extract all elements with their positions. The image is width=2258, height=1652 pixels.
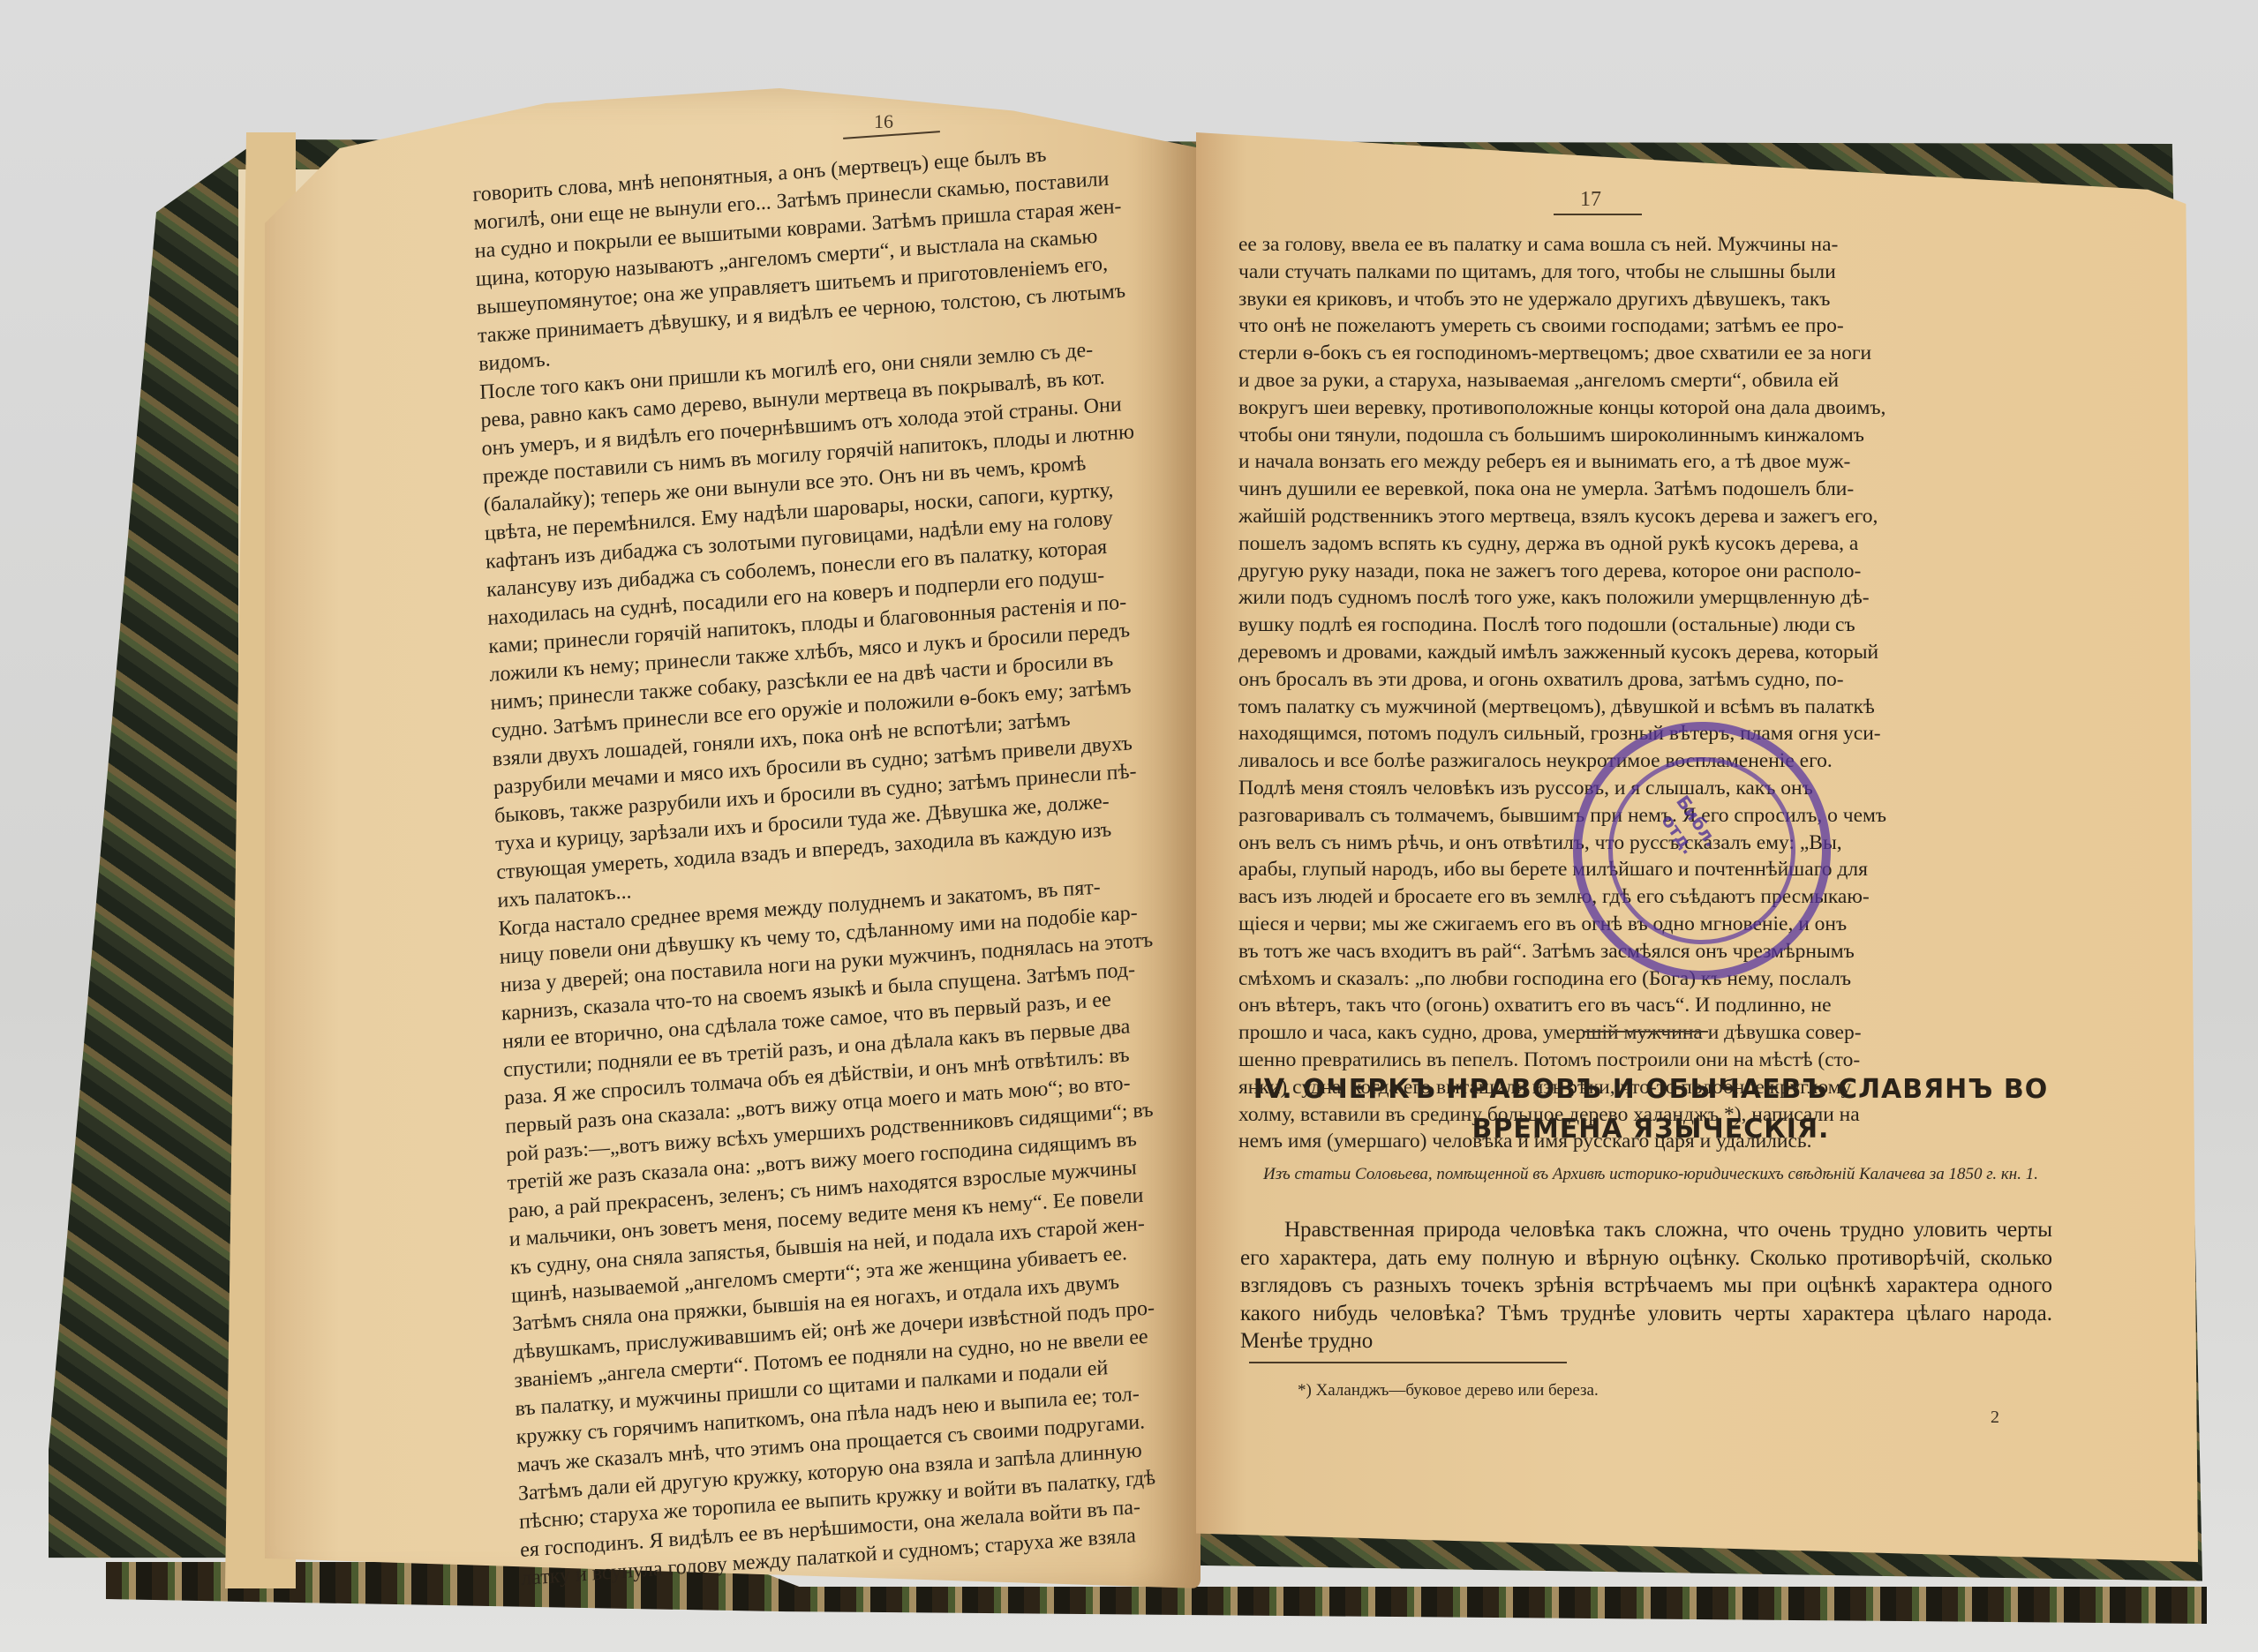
section-intro: Нравственная природа человѣка такъ сложн… — [1240, 1216, 2052, 1355]
text-line: онъ вѣтеръ, такъ что (огонь) охватитъ ег… — [1238, 992, 2059, 1019]
text-line: прошло и часа, какъ судно, дрова, умерші… — [1238, 1019, 2059, 1047]
right-header-rule — [1554, 214, 1642, 215]
text-line: деревомъ и дровами, каждый имѣлъ зажженн… — [1238, 639, 2059, 666]
text-line: звуки ея криковъ, и чтобъ это не удержал… — [1238, 286, 2059, 313]
text-line: жайшій родственникъ этого мертвеца, взял… — [1238, 503, 2059, 530]
section-intro-paragraph: Нравственная природа человѣка такъ сложн… — [1240, 1216, 2052, 1355]
signature-mark: 2 — [1991, 1408, 1999, 1428]
text-line: томъ палатку съ мужчиной (мертвецомъ), д… — [1238, 694, 2059, 721]
text-line: стерли ѳ-бокъ съ ея господиномъ-мертвецо… — [1238, 340, 2059, 367]
text-line: другую руку назади, пока не зажегъ того … — [1238, 558, 2059, 585]
text-line: чтобы они тянули, подошла съ большимъ ши… — [1238, 422, 2059, 449]
text-line: вушку подлѣ ея господина. Послѣ того под… — [1238, 612, 2059, 639]
text-line: и начала вонзать его между реберъ ея и в… — [1238, 448, 2059, 476]
footnote: *) Халанджъ—буковое дерево или береза. — [1298, 1381, 1599, 1400]
section-heading: IV. ОЧЕРКЪ НРАВОВЪ И ОБЫЧАЕВЪ СЛАВЯНЪ ВО… — [1240, 1070, 2061, 1149]
left-page-text: говорить слова, мнѣ непонятныя, а онъ (м… — [472, 131, 1244, 1593]
stamp-text: Библ. отд. — [1638, 771, 1736, 884]
right-page-number: 17 — [1580, 188, 1601, 212]
section-divider — [1584, 1031, 1708, 1032]
text-line: жили подъ судномъ послѣ того уже, какъ п… — [1238, 584, 2059, 612]
text-line: и двое за руки, а старуха, называемая „а… — [1238, 367, 2059, 394]
footnote-rule — [1249, 1362, 1567, 1363]
text-line: онъ бросалъ въ эти дрова, и огонь охвати… — [1238, 666, 2059, 694]
text-line: что онѣ не пожелаютъ умереть съ своими г… — [1238, 312, 2059, 340]
section-subtitle: Изъ статьи Соловьева, помѣщенной въ Архи… — [1240, 1163, 2061, 1186]
text-line: ее за голову, ввела ее въ палатку и сама… — [1238, 231, 2059, 259]
text-line: чали стучать палками по щитамъ, для того… — [1238, 259, 2059, 286]
text-line: чинъ душили ее веревкой, пока она не уме… — [1238, 476, 2059, 503]
text-line: смѣхомъ и сказалъ: „по любви господина е… — [1238, 965, 2059, 993]
right-page-text: ее за голову, ввела ее въ палатку и сама… — [1238, 231, 2059, 1155]
left-page-number: 16 — [874, 110, 893, 133]
text-line: пошелъ задомъ вспять къ судну, держа въ … — [1238, 530, 2059, 558]
text-line: вокругъ шеи веревку, противоположные кон… — [1238, 394, 2059, 422]
